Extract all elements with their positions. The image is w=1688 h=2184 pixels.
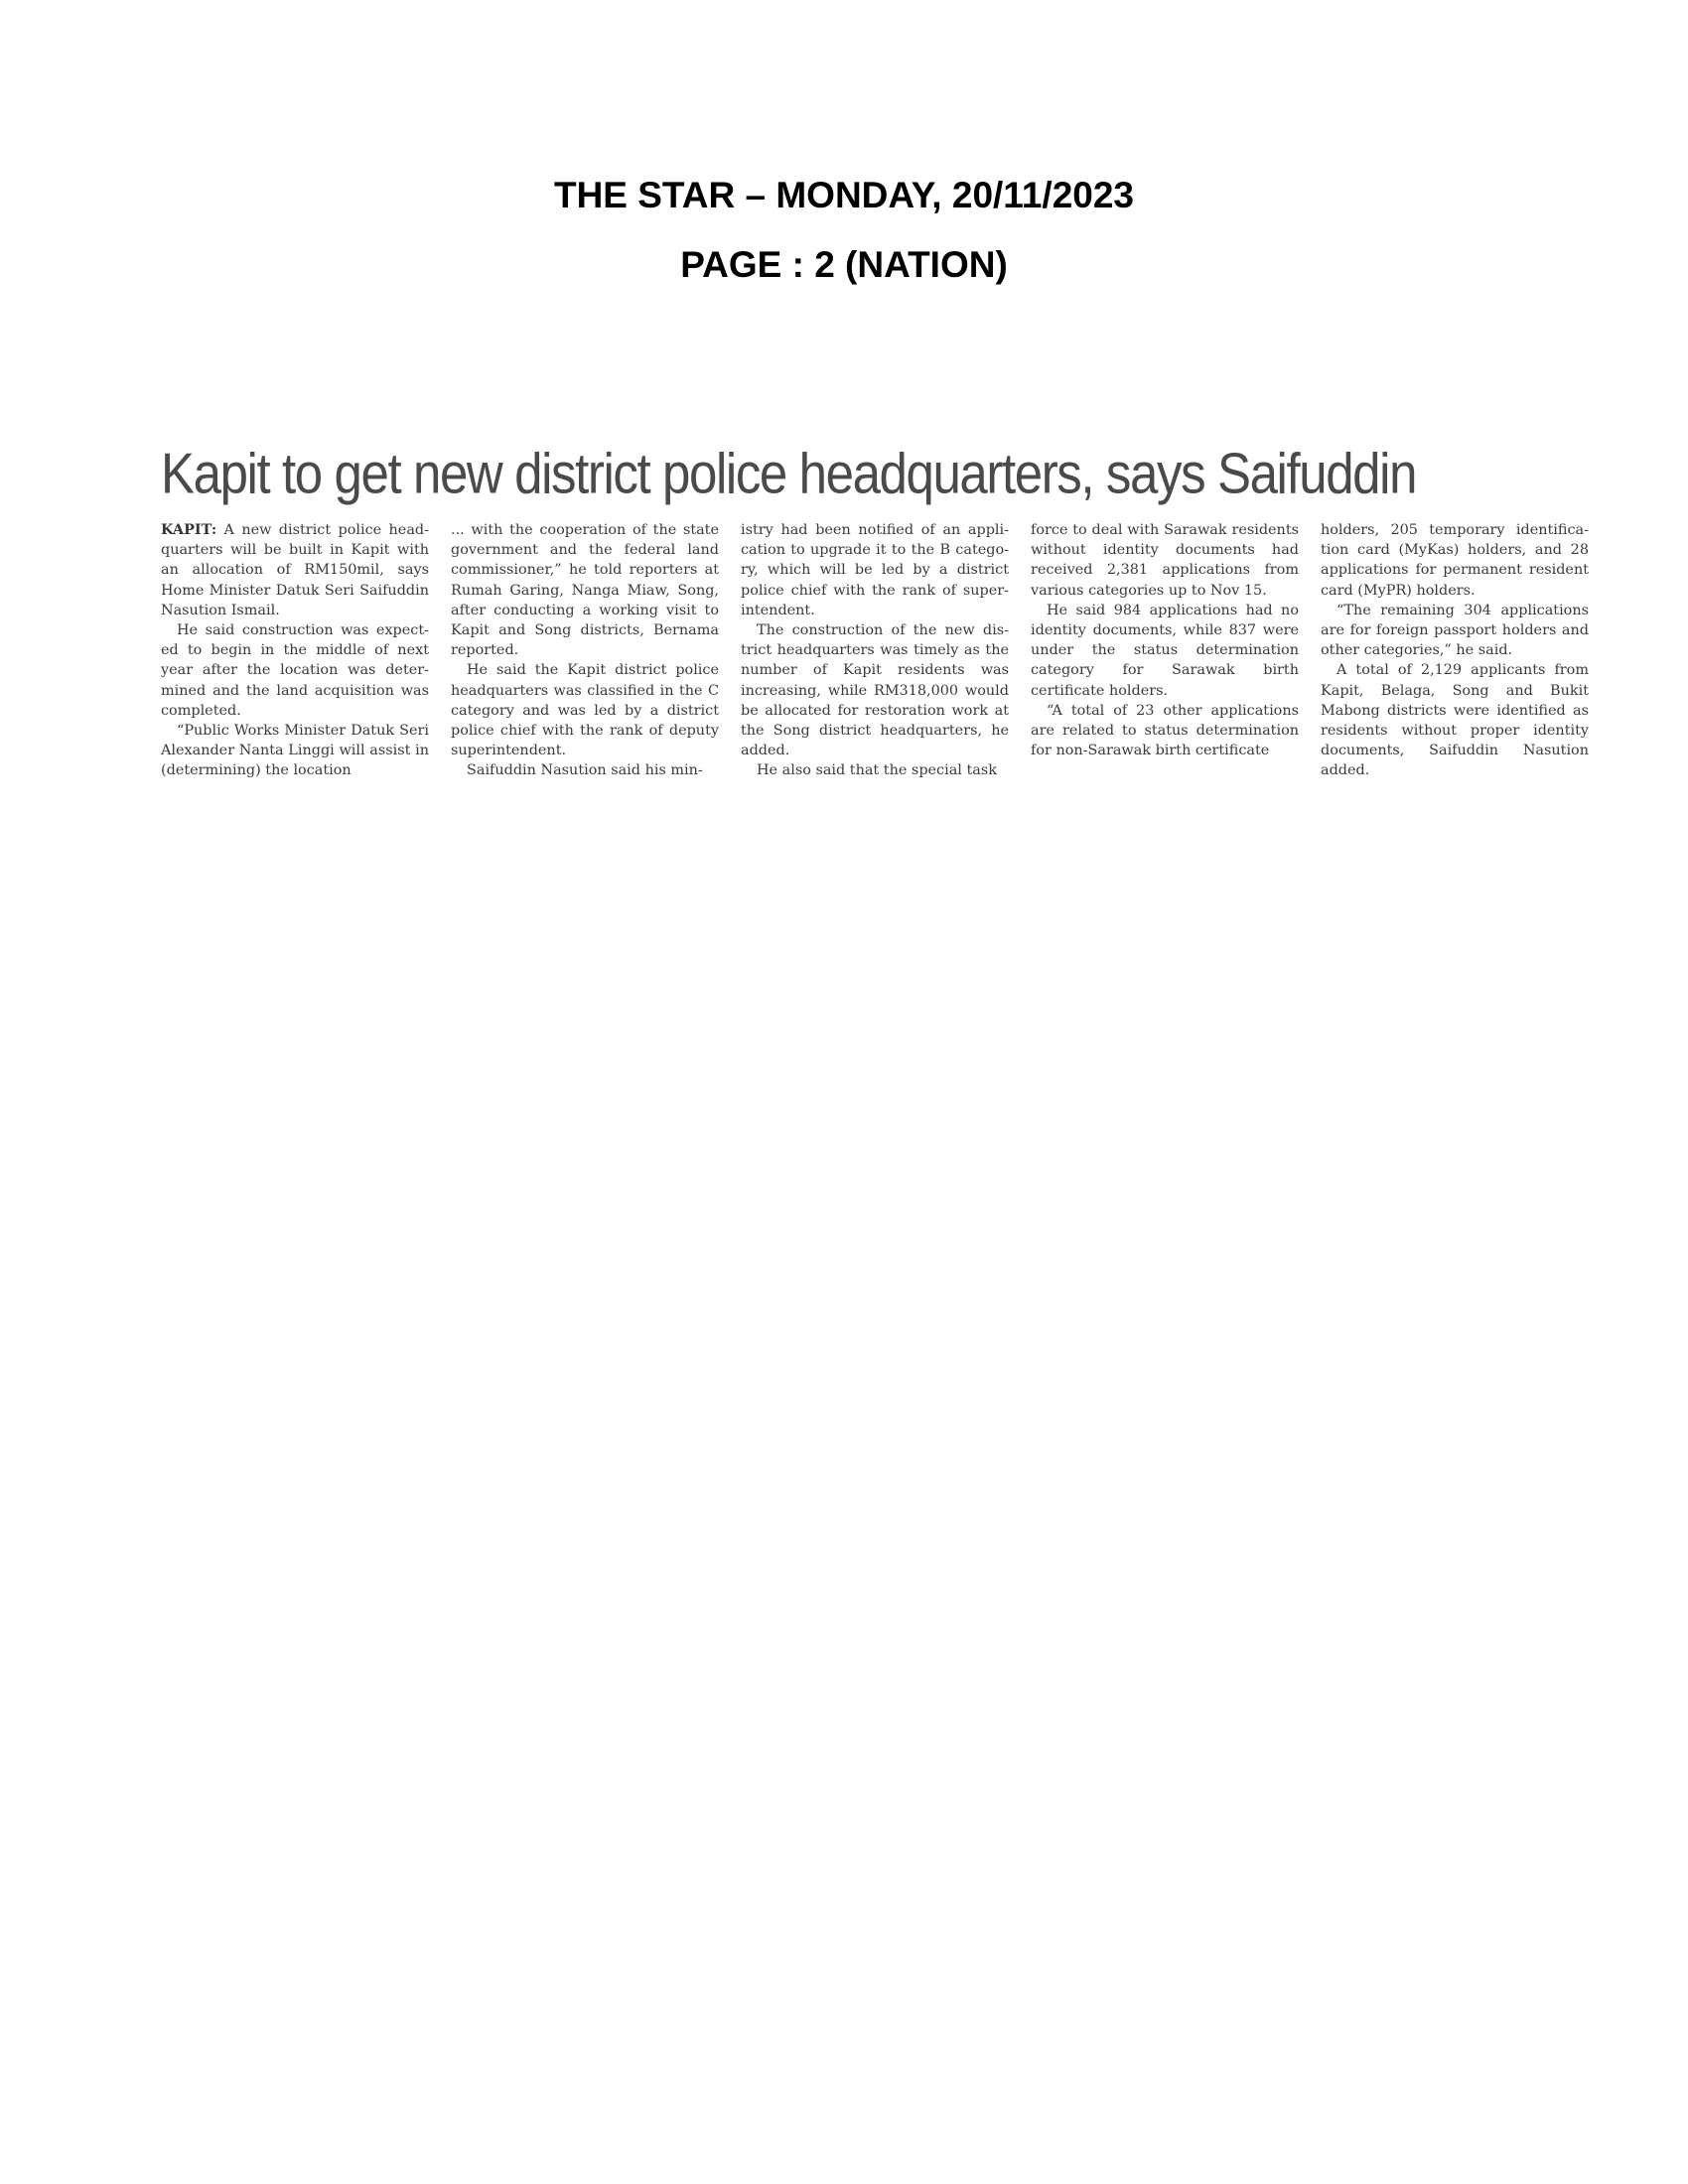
article-paragraph: istry had been notified of an appli­cati… bbox=[741, 520, 1009, 620]
article-column-5: holders, 205 temporary identifica­tion c… bbox=[1321, 520, 1589, 781]
article-body: KAPIT: A new district police head­quarte… bbox=[161, 520, 1591, 781]
article-paragraph: force to deal with Sarawak resi­dents wi… bbox=[1031, 520, 1299, 601]
article-paragraph: KAPIT: A new district police head­quarte… bbox=[161, 520, 429, 620]
article-paragraph: He also said that the special task bbox=[741, 760, 1009, 780]
article-column-3: istry had been notified of an appli­cati… bbox=[741, 520, 1009, 781]
page-reference: PAGE : 2 (NATION) bbox=[0, 244, 1688, 286]
article-paragraph: He said construction was expect­ed to be… bbox=[161, 620, 429, 721]
article-paragraph: holders, 205 temporary identifica­tion c… bbox=[1321, 520, 1589, 601]
article-paragraph: “The remaining 304 applications are for … bbox=[1321, 601, 1589, 661]
article-column-1: KAPIT: A new district police head­quarte… bbox=[161, 520, 429, 781]
news-clipping: Kapit to get new district police headqua… bbox=[159, 437, 1589, 794]
article-paragraph: A total of 2,129 applicants from Kapit, … bbox=[1321, 660, 1589, 780]
article-headline: Kapit to get new district police headqua… bbox=[161, 441, 1591, 506]
article-paragraph: “A total of 23 other applications are re… bbox=[1031, 701, 1299, 761]
article-paragraph: The construction of the new dis­trict he… bbox=[741, 620, 1009, 760]
article-paragraph: He said the Kapit district police headqu… bbox=[451, 660, 719, 760]
article-paragraph: “Public Works Minister Datuk Seri Alexan… bbox=[161, 721, 429, 781]
dateline: KAPIT: bbox=[161, 521, 216, 538]
article-paragraph: Saifuddin Nasution said his min- bbox=[451, 760, 719, 780]
article-paragraph: ... with the cooperation of the state go… bbox=[451, 520, 719, 660]
article-column-2: ... with the cooperation of the state go… bbox=[451, 520, 719, 781]
masthead-title: THE STAR – MONDAY, 20/11/2023 bbox=[0, 175, 1688, 216]
article-paragraph: He said 984 applications had no identity… bbox=[1031, 601, 1299, 701]
article-column-4: force to deal with Sarawak resi­dents wi… bbox=[1031, 520, 1299, 781]
